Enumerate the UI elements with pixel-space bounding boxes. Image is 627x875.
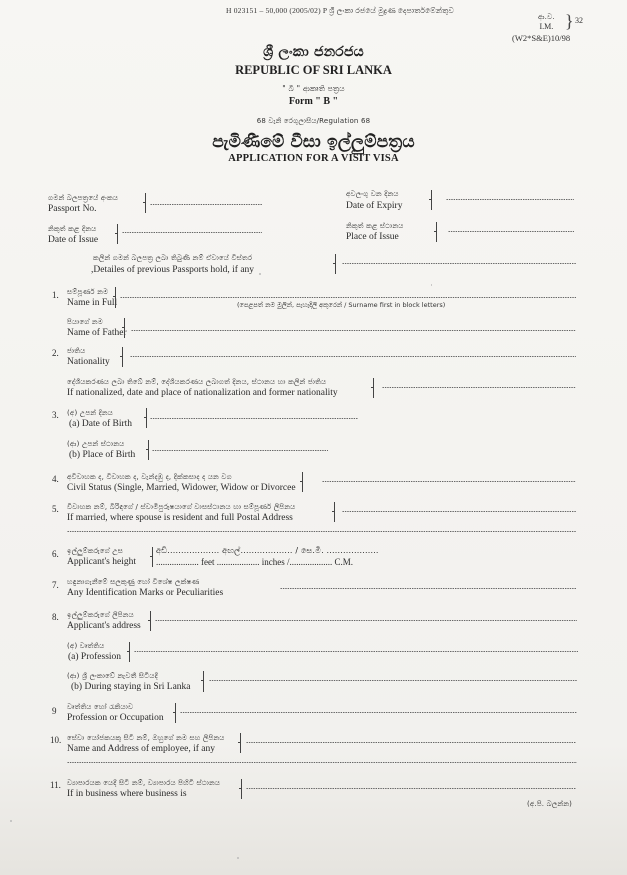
place-of-issue-field[interactable]: [448, 231, 574, 232]
field-number: 11.: [50, 780, 61, 790]
form-code-number: 32: [575, 16, 583, 25]
brace: [145, 193, 149, 213]
business-field[interactable]: [246, 788, 576, 789]
business-label: If in business where business is: [67, 789, 187, 799]
country-title-si: ශ්‍රී ලංකා ජනරජය: [0, 44, 627, 60]
brace: [335, 254, 339, 274]
spouse-address-field[interactable]: [342, 511, 576, 512]
name-in-full-note: (පෙළපත් නම මුලින්, පැහැදිලි අකුරෙන් / Su…: [237, 300, 445, 310]
applicant-address-label: Applicant's address: [67, 621, 141, 631]
form-label-en: Form " B ": [0, 96, 627, 107]
date-of-issue-label: Date of Issue: [48, 235, 98, 245]
place-of-issue-label-si: නිකුත් කළ ස්ථානය: [346, 222, 404, 231]
previous-passports-label: ,Detailes of previous Passports hold, if…: [91, 265, 254, 275]
passport-no-label-si: ගමන් බලපත්‍රයේ අංකය: [48, 194, 118, 203]
place-of-birth-label-si: (ආ) උපන් ස්ථානය: [67, 440, 124, 449]
please-turn-over: (අ.පි. බලන්න): [527, 800, 572, 809]
scan-speck: [259, 273, 261, 275]
nationalization-label: If nationalized, date and place of natio…: [67, 388, 338, 398]
business-label-si: ව්‍යාපාරයක යෙදී සිටී නම්, ව්‍යාපාරය පිහි…: [67, 779, 220, 788]
applicant-address-label-si: ඉල්ලුම්කරුගේ ලිපිනය: [67, 611, 134, 620]
id-marks-label: Any Identification Marks or Peculiaritie…: [67, 588, 223, 598]
applicant-address-field[interactable]: [155, 620, 577, 621]
staying-in-sri-lanka-label-si: (ආ) ශ්‍රී ලංකාවේ නැවතී සිටියදී: [67, 672, 158, 681]
employer-field-line2[interactable]: [67, 762, 577, 763]
brace: [122, 347, 126, 367]
staying-in-sri-lanka-field[interactable]: [209, 680, 577, 681]
field-number: 2.: [52, 348, 59, 358]
previous-passports-field[interactable]: [342, 263, 576, 264]
field-number: 10.: [50, 735, 61, 745]
date-of-expiry-label: Date of Expiry: [346, 201, 402, 211]
height-label-si: ඉල්ලුම්කරුගේ උස: [67, 547, 123, 556]
civil-status-label-si: අවිවාහක ද, විවාහක ද, වැන්දඹු ද, දික්කසාද…: [67, 473, 232, 482]
brace: [334, 502, 338, 522]
form-code-line1: ආ.ව.: [538, 13, 555, 22]
occupation-field[interactable]: [180, 712, 577, 713]
staying-in-sri-lanka-label: (b) During staying in Sri Lanka: [71, 682, 191, 692]
nationality-field[interactable]: [130, 356, 576, 357]
field-number: 4.: [52, 474, 59, 484]
brace: [124, 318, 128, 338]
father-name-label-si: පියාගේ නම: [67, 318, 103, 327]
form-code-line2: I.M.: [538, 22, 555, 31]
brace: [117, 224, 121, 244]
occupation-label-si: වෘත්තිය හෝ රැකියාව: [67, 703, 133, 712]
field-number: 5.: [52, 504, 59, 514]
date-of-expiry-field[interactable]: [446, 199, 574, 200]
field-number: 1.: [52, 290, 59, 300]
name-in-full-field[interactable]: [120, 297, 576, 298]
regulation-text: 68 වැනි රෙගුලාසිය/Regulation 68: [257, 117, 371, 125]
form-title-si: පැමිණීමේ වීසා ඉල්ලුම්පත්‍රය: [0, 132, 627, 152]
print-line: H 023151 – 50,000 (2005/02) P ශ්‍රී ලංකා…: [226, 6, 454, 16]
scan-speck: [431, 284, 432, 286]
visa-application-form: H 023151 – 50,000 (2005/02) P ශ්‍රී ලංකා…: [0, 0, 627, 875]
date-of-birth-field[interactable]: [150, 418, 358, 419]
nationalization-label-si: දේශීයකරණය ලබා තිබේ නම්, දේශීයකරණය ලබාගත්…: [67, 378, 326, 387]
id-marks-field[interactable]: [280, 588, 576, 589]
brace: [373, 378, 377, 398]
profession-label: (a) Profession: [68, 652, 121, 662]
form-code-line3: (W2*S&E)10/98: [512, 33, 570, 43]
brace: [302, 472, 306, 492]
brace: [129, 642, 133, 662]
employer-label: Name and Address of employee, if any: [67, 744, 215, 754]
place-of-birth-label: (b) Place of Birth: [69, 450, 135, 460]
father-name-label: Name of Father: [67, 328, 127, 338]
date-of-issue-field[interactable]: [122, 232, 262, 233]
spouse-address-field-line2[interactable]: [67, 531, 576, 532]
date-of-birth-label: (a) Date of Birth: [69, 419, 132, 429]
passport-no-label: Passport No.: [48, 204, 97, 214]
occupation-label: Profession or Occupation: [67, 713, 164, 723]
field-number: 3.: [52, 410, 59, 420]
profession-label-si: (අ) වෘත්තිය: [67, 642, 104, 651]
name-in-full-note-text: (පෙළපත් නම මුලින්, පැහැදිලි අකුරෙන් / Su…: [237, 301, 445, 309]
brace: [431, 190, 435, 210]
brace: [240, 733, 244, 753]
place-of-issue-label: Place of Issue: [346, 232, 399, 242]
civil-status-field[interactable]: [322, 481, 576, 482]
country-title-en: REPUBLIC OF SRI LANKA: [0, 63, 627, 78]
brace: [241, 779, 245, 799]
field-number: 9: [52, 706, 57, 716]
employer-field[interactable]: [246, 742, 576, 743]
brace: [203, 671, 207, 692]
brace: [150, 611, 154, 631]
field-number: 7.: [52, 580, 59, 590]
height-field[interactable]: ................... feet ...............…: [156, 557, 353, 567]
passport-no-field[interactable]: [150, 204, 262, 205]
profession-field[interactable]: [134, 651, 578, 652]
id-marks-label-si: හඳුනාගැනීමේ සලකුණු හෝ විශේෂ ලක්ෂණ: [67, 578, 199, 587]
nationality-label-si: ජාතිය: [67, 347, 85, 356]
employer-label-si: සේවා යෝජකයකු සිටී නම්, ඔහුගේ නම සහ ලිපින…: [67, 734, 225, 743]
scan-speck: [10, 820, 12, 822]
name-in-full-label-si: සම්පූර්ණ නම: [67, 288, 108, 297]
place-of-birth-field[interactable]: [152, 450, 328, 451]
previous-passports-label-si: කලින් ගමන් බලපත්‍ර ලබා තිබුණි නම් ඒවායේ …: [93, 254, 252, 263]
brace: [436, 222, 440, 242]
brace: [115, 287, 119, 308]
father-name-field[interactable]: [131, 330, 576, 331]
nationality-label: Nationality: [67, 357, 110, 367]
form-code: ආ.ව. I.M.: [538, 13, 555, 31]
field-number: 6.: [52, 549, 59, 559]
date-of-birth-label-si: (අ) උපන් දිනය: [67, 409, 113, 418]
civil-status-label: Civil Status (Single, Married, Widower, …: [67, 483, 296, 493]
brace: [175, 703, 179, 723]
nationalization-field[interactable]: [382, 387, 576, 388]
date-of-issue-label-si: නිකුත් කළ දිනය: [48, 225, 96, 234]
scan-speck: [237, 857, 239, 859]
height-label: Applicant's height: [67, 557, 136, 567]
height-field-si[interactable]: අඩි................... අඟල්.............…: [156, 546, 379, 556]
date-of-expiry-label-si: අවලංගු වන දිනය: [346, 190, 399, 199]
spouse-address-label-si: විවාහක නම්, බිරිඳගේ / ස්වාමිපුරුෂයාගේ වා…: [67, 503, 295, 512]
form-title-en: APPLICATION FOR A VISIT VISA: [0, 153, 627, 164]
form-label-si: " බී " ආකෘති පත්‍රය: [0, 84, 627, 94]
spouse-address-label: If married, where spouse is resident and…: [67, 513, 293, 523]
field-number: 8.: [52, 612, 59, 622]
form-code-brace: }: [565, 11, 574, 32]
name-in-full-label: Name in Full: [67, 298, 117, 308]
regulation: 68 වැනි රෙගුලාසිය/Regulation 68: [0, 115, 627, 126]
